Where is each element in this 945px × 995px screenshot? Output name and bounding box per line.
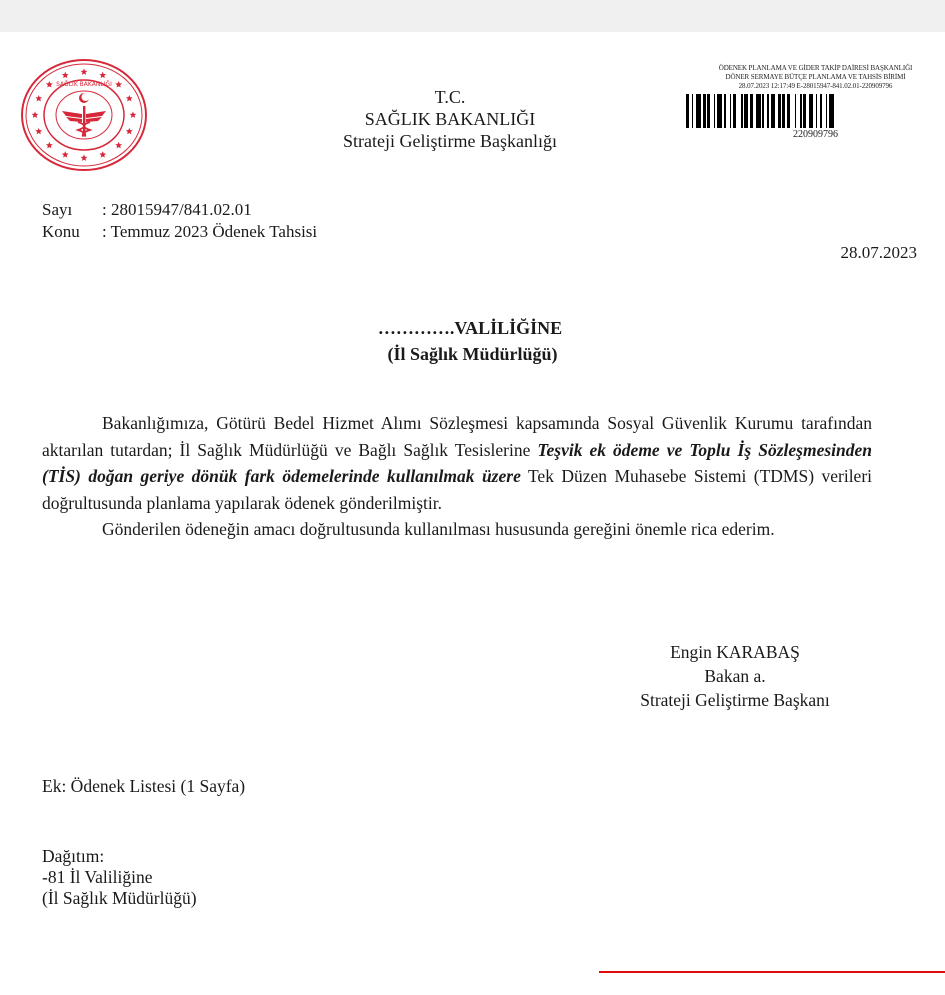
konu-row: Konu : Temmuz 2023 Ödenek Tahsisi [42, 221, 317, 243]
barcode-number: 220909796 [686, 129, 945, 140]
addressee-line2: (İl Sağlık Müdürlüğü) [0, 341, 945, 367]
barcode-icon [686, 94, 945, 128]
document-barcode: ÖDENEK PLANLAMA VE GİDER TAKİP DAİRESİ B… [686, 64, 945, 140]
distribution-label: Dağıtım: [42, 846, 197, 867]
konu-label: Konu [42, 221, 102, 243]
barcode-unit-line: ÖDENEK PLANLAMA VE GİDER TAKİP DAİRESİ B… [686, 64, 945, 73]
svg-text:SAĞLIK BAKANLIĞI: SAĞLIK BAKANLIĞI [56, 81, 112, 88]
body-paragraph-2: Gönderilen ödeneğin amacı doğrultusunda … [42, 516, 872, 543]
letterhead-ministry: SAĞLIK BAKANLIĞI [300, 108, 600, 130]
sayi-label: Sayı [42, 199, 102, 221]
signatory-title-1: Bakan a. [600, 664, 870, 688]
letter-body: Bakanlığımıza, Götürü Bedel Hizmet Alımı… [42, 410, 872, 543]
signature-block: Engin KARABAŞ Bakan a. Strateji Geliştir… [600, 640, 870, 712]
barcode-timestamp-line: 28.07.2023 12:17:49 E-28015947-841.02.01… [686, 82, 945, 91]
ministry-of-health-seal-icon: SAĞLIK BAKANLIĞI [18, 56, 150, 174]
letterhead-tc: T.C. [300, 86, 600, 108]
document-date: 28.07.2023 [841, 243, 918, 263]
top-bar [0, 0, 945, 32]
attachment-note: Ek: Ödenek Listesi (1 Sayfa) [42, 776, 245, 797]
letterhead-department: Strateji Geliştirme Başkanlığı [300, 130, 600, 152]
signatory-title-2: Strateji Geliştirme Başkanı [600, 688, 870, 712]
document-meta: Sayı : 28015947/841.02.01 Konu : Temmuz … [42, 199, 317, 243]
distribution-block: Dağıtım: -81 İl Valiliğine (İl Sağlık Mü… [42, 846, 197, 909]
distribution-line-1: -81 İl Valiliğine [42, 867, 197, 888]
signatory-name: Engin KARABAŞ [600, 640, 870, 664]
body-paragraph-1: Bakanlığımıza, Götürü Bedel Hizmet Alımı… [42, 410, 872, 516]
barcode-subunit-line: DÖNER SERMAYE BÜTÇE PLANLAMA VE TAHSİS B… [686, 73, 945, 82]
sayi-value: : 28015947/841.02.01 [102, 199, 252, 221]
addressee-line1: ………….VALİLİĞİNE [0, 315, 945, 341]
addressee: ………….VALİLİĞİNE (İl Sağlık Müdürlüğü) [0, 315, 945, 367]
sayi-row: Sayı : 28015947/841.02.01 [42, 199, 317, 221]
letterhead: T.C. SAĞLIK BAKANLIĞI Strateji Geliştirm… [300, 86, 600, 152]
konu-value: : Temmuz 2023 Ödenek Tahsisi [102, 221, 317, 243]
distribution-line-2: (İl Sağlık Müdürlüğü) [42, 888, 197, 909]
red-divider-line [599, 971, 945, 973]
